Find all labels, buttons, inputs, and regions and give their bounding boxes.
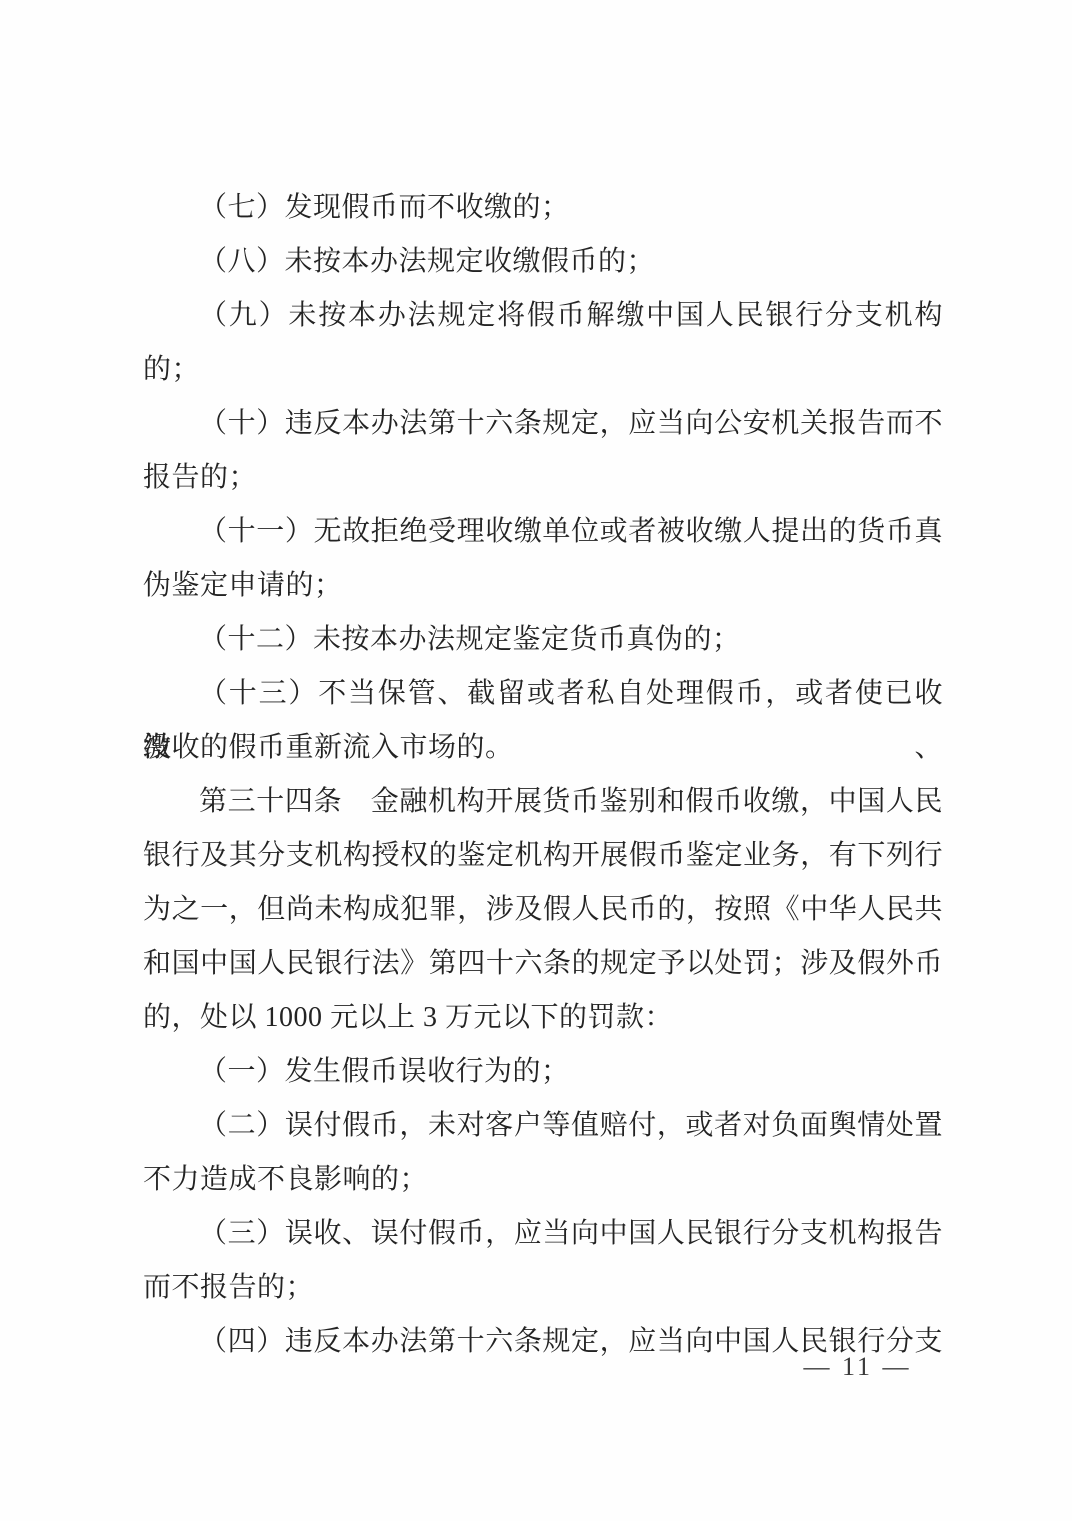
text-line: 为之一，但尚未构成犯罪，涉及假人民币的，按照《中华人民共	[143, 883, 943, 937]
text-line: （一）发生假币误收行为的；	[143, 1045, 943, 1099]
text-line: （十一）无故拒绝受理收缴单位或者被收缴人提出的货币真	[143, 505, 943, 559]
document-text-block: （七）发现假币而不收缴的；（八）未按本办法规定收缴假币的；（九）未按本办法规定将…	[143, 181, 943, 1369]
text-line: 的；	[143, 343, 943, 397]
text-line: （八）未按本办法规定收缴假币的；	[143, 235, 943, 289]
text-line: 不力造成不良影响的；	[143, 1153, 943, 1207]
text-line: （十三）不当保管、截留或者私自处理假币，或者使已收缴、	[143, 667, 943, 721]
text-line: 第三十四条 金融机构开展货币鉴别和假币收缴，中国人民	[143, 775, 943, 829]
document-page: （七）发现假币而不收缴的；（八）未按本办法规定收缴假币的；（九）未按本办法规定将…	[0, 0, 1072, 1521]
text-line: 和国中国人民银行法》第四十六条的规定予以处罚；涉及假外币	[143, 937, 943, 991]
text-line: 报告的；	[143, 451, 943, 505]
text-line: 伪鉴定申请的；	[143, 559, 943, 613]
text-line: 的，处以 1000 元以上 3 万元以下的罚款：	[143, 991, 943, 1045]
text-line: 银行及其分支机构授权的鉴定机构开展假币鉴定业务，有下列行	[143, 829, 943, 883]
text-line: （十）违反本办法第十六条规定，应当向公安机关报告而不	[143, 397, 943, 451]
text-line: （三）误收、误付假币，应当向中国人民银行分支机构报告	[143, 1207, 943, 1261]
text-line: 而不报告的；	[143, 1261, 943, 1315]
text-line: （二）误付假币，未对客户等值赔付，或者对负面舆情处置	[143, 1099, 943, 1153]
text-line: （九）未按本办法规定将假币解缴中国人民银行分支机构	[143, 289, 943, 343]
text-line: （十二）未按本办法规定鉴定货币真伪的；	[143, 613, 943, 667]
page-number: — 11 —	[770, 1352, 945, 1382]
text-line: （七）发现假币而不收缴的；	[143, 181, 943, 235]
